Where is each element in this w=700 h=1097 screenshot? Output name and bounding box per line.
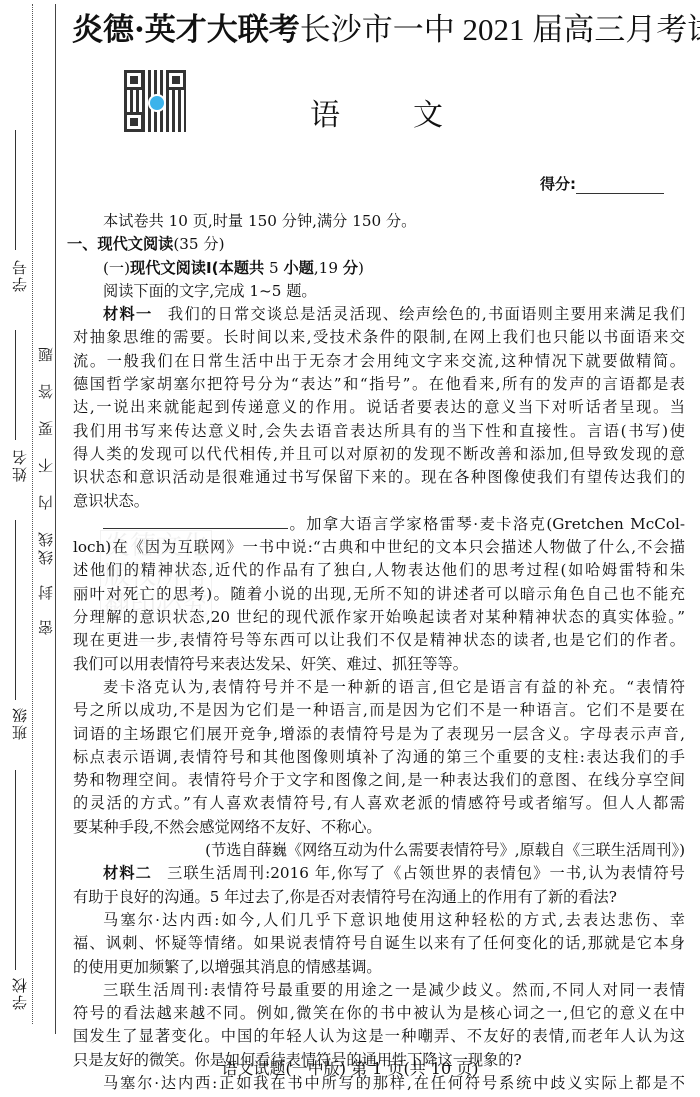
paragraph-text: 。加拿大语言学家格雷琴·麦卡洛克(Gretchen McCol-: [288, 515, 685, 533]
name-label: 姓名: [9, 448, 30, 482]
school-label: 学校: [9, 976, 30, 1010]
subsection-unit: 小题: [283, 259, 313, 277]
student-id-label: 学号: [9, 258, 30, 292]
paragraph-line: 符号的看法越来越不同。例如,微笑在你的书中被认为是核心词之一,但它的意义在中: [73, 1002, 685, 1025]
page-footer: 语文试题(一中版) 第 1 页(共 10 页): [0, 1056, 700, 1079]
paragraph-line: 现在更进一步,表情符号等东西可以让我们不仅是精神状态的读者,也是它们的作者。: [73, 629, 685, 652]
paragraph-line: 福、讽刺、怀疑等情绪。如果说表情符号自诞生以来有了任何变化的话,那就是它本身: [73, 932, 685, 955]
paragraph-line: 的灵活的方式。”有人喜欢表情符号,有人喜欢老派的情感符号或者缩写。但人人都需: [73, 792, 685, 815]
paragraph-text: 三联生活周刊:2016 年,你写了《占领世界的表情包》一书,认为表情符号: [166, 864, 685, 882]
paragraph-line: 号之所以成功,不是因为它们是一种语言,而是因为它们不是一种语言。它们不是要在: [73, 699, 685, 722]
paragraph-line: 达,一说出来就能起到传递意义的作用。说话者要表达的意义当下对听话者呈现。当: [73, 396, 685, 419]
paragraph-line: 得人类的发现可以代代相传,并且可以对原初的发现不断改善和添加,但导致发现的意: [73, 443, 685, 466]
paragraph-line: 我们可以用表情符号来表达发呆、奸笑、难过、抓狂等等。: [73, 653, 685, 676]
subsection-score-unit: 分: [343, 259, 358, 277]
material-2-line: 材料二三联生活周刊:2016 年,你写了《占领世界的表情包》一书,认为表情符号: [73, 862, 685, 885]
paragraph-line: 马塞尔·达内西:如今,人们几乎下意识地使用这种轻松的方式,去表达悲伤、幸: [73, 909, 685, 932]
seal-text-no-answer: 线内不要答题: [35, 325, 56, 547]
material-1-label: 材料一: [103, 305, 153, 323]
paragraph-line: 丽叶对死亡的思考)。随着小说的出现,无所不知的讲述者可以暗示角色自己也不能充: [73, 583, 685, 606]
section-title: 一、现代文阅读: [67, 235, 173, 253]
school-field[interactable]: 学校: [9, 770, 31, 1050]
section-heading: 一、现代文阅读(35 分): [67, 233, 685, 256]
subject-char-1: 语: [310, 90, 340, 134]
score-field[interactable]: 得分:: [540, 173, 664, 194]
section-score: (35 分): [173, 235, 224, 253]
student-id-field[interactable]: 学号: [9, 130, 31, 320]
dotted-cut-line: [32, 4, 33, 1024]
instruction: 阅读下面的文字,完成 1~5 题。: [73, 280, 685, 303]
paragraph-line: loch)在《因为互联网》一书中说:“古典和中世纪的文本只会描述人物做了什么,不…: [73, 536, 685, 559]
qr-code-icon: [124, 70, 186, 132]
material-2-label: 材料二: [103, 864, 152, 882]
paragraph-line: 有助于良好的沟通。5 年过去了,你是否对表情符号在沟通上的作用有了新的看法?: [73, 886, 685, 909]
exam-intro: 本试卷共 10 页,时量 150 分钟,满分 150 分。: [73, 210, 685, 233]
paragraph-line: 对抽象思维的需要。长时间以来,受技术条件的限制,在网上我们也只能以书面语来交: [73, 326, 685, 349]
subsection-heading: (一)现代文阅读Ⅰ(本题共 5 小题,19 分): [73, 257, 685, 280]
paragraph-text: 我们的日常交谈总是活灵活现、绘声绘色的,书面语则主要用来满足我们: [167, 305, 685, 323]
fill-blank-line: 。加拿大语言学家格雷琴·麦卡洛克(Gretchen McCol-: [73, 513, 685, 536]
name-field[interactable]: 姓名: [9, 330, 31, 510]
exam-brand: 炎德·英才大联考: [72, 12, 300, 48]
subsection-count: 5: [264, 259, 283, 277]
answer-blank[interactable]: [103, 514, 288, 529]
source-citation: (节选自薛巍《网络互动为什么需要表情符号》,原载自《三联生活周刊》): [73, 839, 685, 862]
paragraph-line: 三联生活周刊:表情符号最重要的用途之一是减少歧义。然而,不同人对同一表情: [73, 979, 685, 1002]
paragraph-line: 我们用书写来传达意义时,会失去语音表达所具有的当下性和直接性。言语(书写)使: [73, 420, 685, 443]
score-label: 得分:: [540, 175, 576, 193]
paragraph-line: 意识状态。: [73, 490, 685, 513]
subsection-title: 现代文阅读Ⅰ(本题共: [130, 259, 264, 277]
class-label: 班级: [9, 706, 30, 740]
paragraph-line: 的使用更加频繁了,以增强其消息的情感基调。: [73, 956, 685, 979]
score-blank[interactable]: [576, 179, 664, 194]
paragraph-line: 德国哲学家胡塞尔把符号分为“表达”和“指号”。在他看来,所有的发声的言语都是表: [73, 373, 685, 396]
app-logo-icon: [148, 94, 166, 112]
paragraph-line: 述他们的精神状态,近代的作品有了独白,人物表达他们的思考过程(如哈姆雷特和朱: [73, 559, 685, 582]
seal-text-seal-line: 密封线: [35, 530, 56, 635]
paragraph-line: 识状态和意识活动是很难通过书写保留下来的。现在各种图像使我们有望传达我们的: [73, 466, 685, 489]
paragraph-line: 势和物理空间。表情符号介于文字和图像之间,是一种表达我们的意图、在线分享空间: [73, 769, 685, 792]
exam-body: 本试卷共 10 页,时量 150 分钟,满分 150 分。 一、现代文阅读(35…: [73, 210, 685, 1095]
paragraph-line: 国发生了显著变化。中国的年轻人认为这是一种嘲弄、不友好的表情,而老年人认为这: [73, 1025, 685, 1048]
subsection-close: ): [358, 259, 364, 277]
exam-title-text: 长沙市一中 2021 届高三月考试卷(九): [300, 12, 700, 47]
paragraph-line: 分理解的意识状态,20 世纪的现代派作家开始唤起读者对某种精神状态的真实体验。”: [73, 606, 685, 629]
exam-title: 炎德·英才大联考长沙市一中 2021 届高三月考试卷(九): [72, 4, 700, 49]
paragraph-line: 标点表示语调,表情符号和其他图像则填补了沟通的第三个重要的支柱:表达我们的手: [73, 746, 685, 769]
subsection-prefix: (一): [103, 259, 130, 277]
class-field[interactable]: 班级: [9, 520, 31, 760]
subject-char-2: 文: [413, 90, 443, 134]
subsection-score: ,19: [314, 259, 343, 277]
paragraph-line: 词语的主场跟它们展开竞争,增添的表情符号是为了表现另一层含义。字母表示声音,: [73, 723, 685, 746]
paragraph-line: 麦卡洛克认为,表情符号并不是一种新的语言,但它是语言有益的补充。“表情符: [73, 676, 685, 699]
material-1-line: 材料一我们的日常交谈总是活灵活现、绘声绘色的,书面语则主要用来满足我们: [73, 303, 685, 326]
paragraph-line: 流。一般我们在日常生活中出于无奈才会用纯文字来交流,这种情况下就要做精简。: [73, 350, 685, 373]
paragraph-line: 要某种手段,不然会感觉网络不友好、不称心。: [73, 816, 685, 839]
